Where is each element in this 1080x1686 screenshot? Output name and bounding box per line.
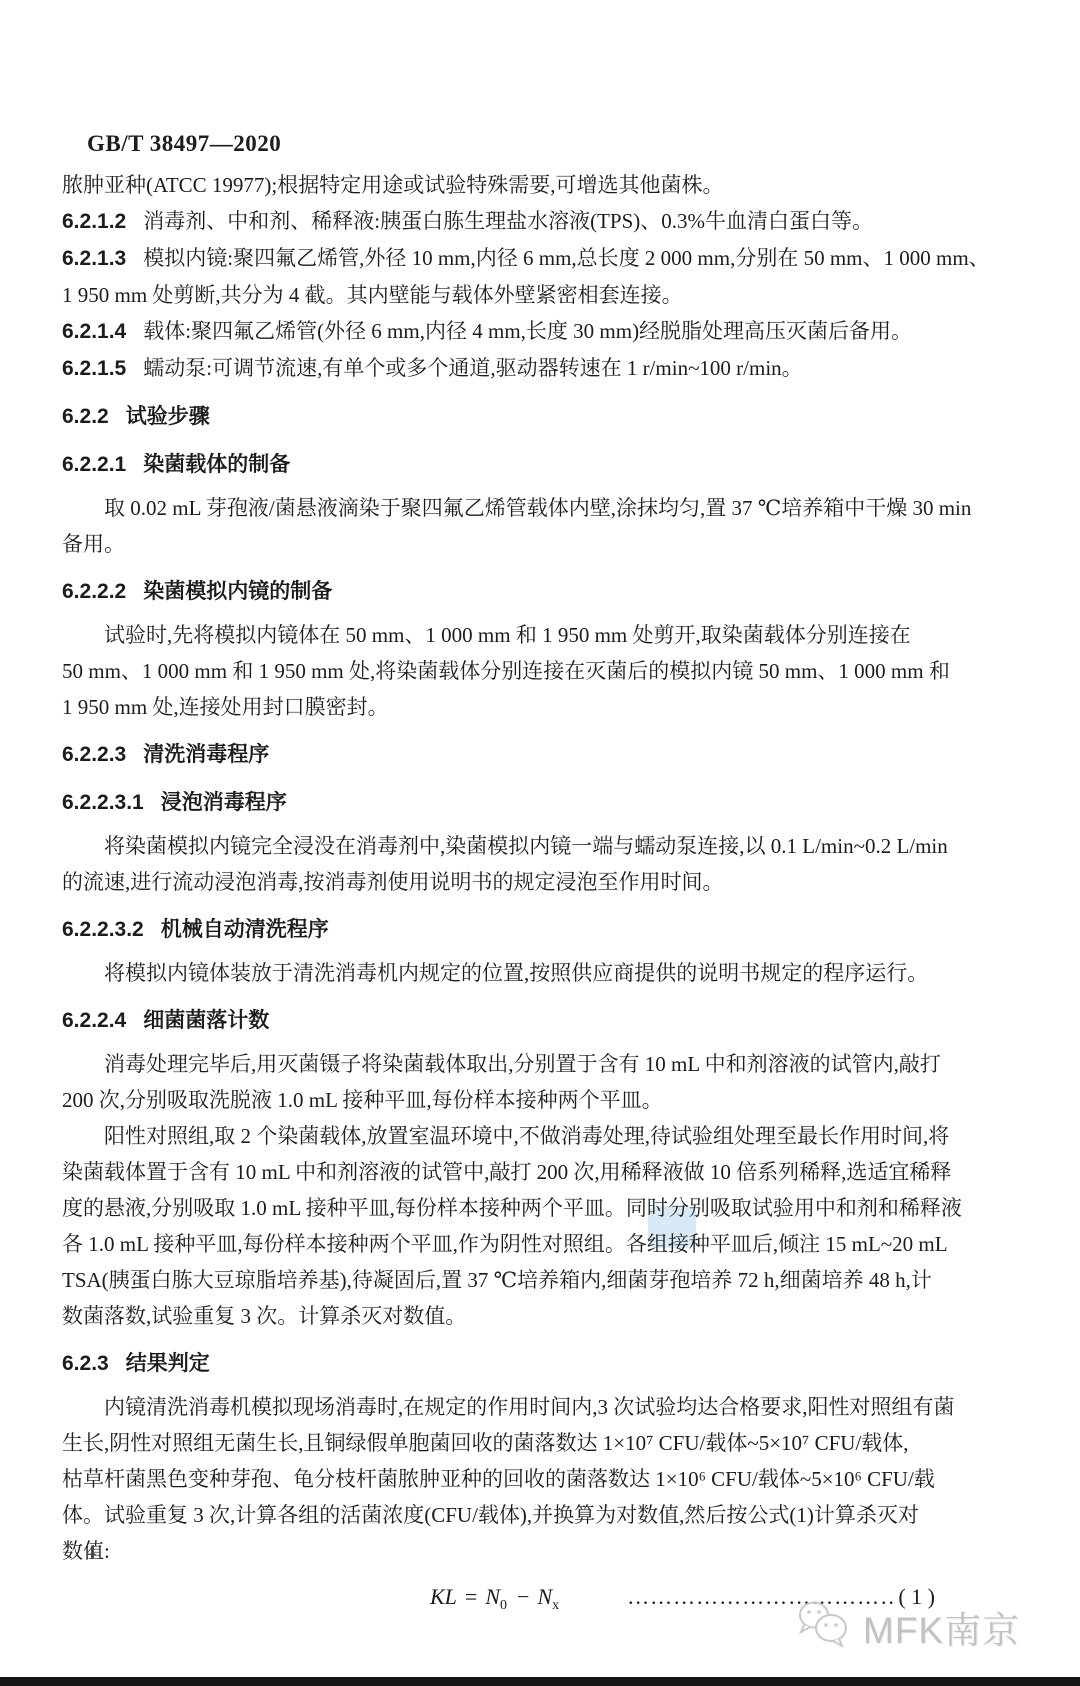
line-text: 机械自动清洗程序 <box>161 918 329 941</box>
section-heading: 6.2.2.3.1浸泡消毒程序 <box>62 785 1020 821</box>
text-line: 6.2.1.3模拟内镜:聚四氟乙烯管,外径 10 mm,内径 6 mm,总长度 … <box>62 240 1020 277</box>
line-text: 备用。 <box>62 532 125 556</box>
line-text: 载体:聚四氟乙烯管(外径 6 mm,内径 4 mm,长度 30 mm)经脱脂处理… <box>143 319 912 343</box>
section-heading: 6.2.2.3.2机械自动清洗程序 <box>62 912 1020 948</box>
clause-number: 6.2.3 <box>62 1352 109 1375</box>
line-text: 结果判定 <box>126 1352 210 1375</box>
text-line: 内镜清洗消毒机模拟现场消毒时,在规定的作用时间内,3 次试验均达合格要求,阳性对… <box>62 1389 1020 1425</box>
section-heading: 6.2.2.1染菌载体的制备 <box>62 447 1020 483</box>
watermark-label: MFK南京 <box>863 1600 1020 1654</box>
clause-number: 6.2.2.4 <box>62 1009 126 1032</box>
clause-number: 6.2.2.2 <box>62 580 126 603</box>
text-line: 数值: <box>62 1533 1020 1569</box>
text-line: 染菌载体置于含有 10 mL 中和剂溶液的试管中,敲打 200 次,用稀释液做 … <box>62 1154 1020 1190</box>
line-text: 细菌菌落计数 <box>143 1009 269 1032</box>
line-text: 1 950 mm 处,连接处用封口膜密封。 <box>62 695 389 719</box>
clause-number: 6.2.1.5 <box>62 357 126 380</box>
clause-number: 6.2.1.3 <box>62 247 126 270</box>
line-text: 枯草杆菌黑色变种芽孢、龟分枝杆菌脓肿亚种的回收的菌落数达 1×10⁶ CFU/载… <box>62 1467 935 1491</box>
line-text: 度的悬液,分别吸取 1.0 mL 接种平皿,每份样本接种两个平皿。同时分别吸取试… <box>62 1196 962 1220</box>
text-line: 1 950 mm 处剪断,共分为 4 截。其内壁能与载体外壁紧密相套连接。 <box>62 277 1020 313</box>
clause-number: 6.2.2 <box>62 405 109 428</box>
text-line: 阳性对照组,取 2 个染菌载体,放置室温环境中,不做消毒处理,待试验组处理至最长… <box>62 1118 1020 1154</box>
line-text: 数菌落数,试验重复 3 次。计算杀灭对数值。 <box>62 1304 466 1328</box>
clause-number: 6.2.2.3.2 <box>62 918 144 941</box>
text-line: 生长,阴性对照组无菌生长,且铜绿假单胞菌回收的菌落数达 1×10⁷ CFU/载体… <box>62 1425 1020 1461</box>
watermark: MFK南京 <box>795 1598 1020 1655</box>
line-text: 生长,阴性对照组无菌生长,且铜绿假单胞菌回收的菌落数达 1×10⁷ CFU/载体… <box>62 1431 909 1455</box>
line-text: 试验时,先将模拟内镜体在 50 mm、1 000 mm 和 1 950 mm 处… <box>104 623 911 647</box>
clause-number: 6.2.2.1 <box>62 453 126 476</box>
line-text: 染菌模拟内镜的制备 <box>143 580 332 603</box>
text-line: 各 1.0 mL 接种平皿,每份样本接种两个平皿,作为阴性对照组。各组接种平皿后… <box>62 1226 1020 1262</box>
line-text: 的流速,进行流动浸泡消毒,按消毒剂使用说明书的规定浸泡至作用时间。 <box>62 870 724 894</box>
text-line: 体。试验重复 3 次,计算各组的活菌浓度(CFU/载体),并换算为对数值,然后按… <box>62 1497 1020 1533</box>
text-line: 6.2.1.2消毒剂、中和剂、稀释液:胰蛋白胨生理盐水溶液(TPS)、0.3%牛… <box>62 203 1020 240</box>
text-line: 备用。 <box>62 526 1020 562</box>
text-line: 取 0.02 mL 芽孢液/菌悬液滴染于聚四氟乙烯管载体内壁,涂抹均匀,置 37… <box>62 490 1020 526</box>
wechat-icon <box>795 1598 853 1655</box>
section-heading: 6.2.2试验步骤 <box>62 399 1020 435</box>
clause-number: 6.2.2.3 <box>62 743 126 766</box>
line-text: 试验步骤 <box>126 405 210 428</box>
line-text: 消毒处理完毕后,用灭菌镊子将染菌载体取出,分别置于含有 10 mL 中和剂溶液的… <box>104 1052 941 1076</box>
line-text: 脓肿亚种(ATCC 19977);根据特定用途或试验特殊需要,可增选其他菌株。 <box>62 173 724 197</box>
section-heading: 6.2.3结果判定 <box>62 1346 1020 1382</box>
document-lines: 脓肿亚种(ATCC 19977);根据特定用途或试验特殊需要,可增选其他菌株。6… <box>62 167 1020 1624</box>
line-text: 清洗消毒程序 <box>143 743 269 766</box>
text-line: 50 mm、1 000 mm 和 1 950 mm 处,将染菌载体分别连接在灭菌… <box>62 653 1020 689</box>
text-line: 将染菌模拟内镜完全浸没在消毒剂中,染菌模拟内镜一端与蠕动泵连接,以 0.1 L/… <box>62 828 1020 864</box>
text-line: 200 次,分别吸取洗脱液 1.0 mL 接种平皿,每份样本接种两个平皿。 <box>62 1082 1020 1118</box>
text-line: 试验时,先将模拟内镜体在 50 mm、1 000 mm 和 1 950 mm 处… <box>62 617 1020 653</box>
clause-number: 6.2.1.2 <box>62 210 126 233</box>
text-line: 枯草杆菌黑色变种芽孢、龟分枝杆菌脓肿亚种的回收的菌落数达 1×10⁶ CFU/载… <box>62 1461 1020 1497</box>
section-heading: 6.2.2.4细菌菌落计数 <box>62 1003 1020 1039</box>
clause-number: 6.2.2.3.1 <box>62 791 144 814</box>
text-line: 6.2.1.4载体:聚四氟乙烯管(外径 6 mm,内径 4 mm,长度 30 m… <box>62 313 1020 350</box>
text-line: 的流速,进行流动浸泡消毒,按消毒剂使用说明书的规定浸泡至作用时间。 <box>62 864 1020 900</box>
line-text: 200 次,分别吸取洗脱液 1.0 mL 接种平皿,每份样本接种两个平皿。 <box>62 1088 663 1112</box>
line-text: 取 0.02 mL 芽孢液/菌悬液滴染于聚四氟乙烯管载体内壁,涂抹均匀,置 37… <box>104 496 971 520</box>
line-text: 浸泡消毒程序 <box>161 791 287 814</box>
line-text: 将染菌模拟内镜完全浸没在消毒剂中,染菌模拟内镜一端与蠕动泵连接,以 0.1 L/… <box>104 834 948 858</box>
text-line: TSA(胰蛋白胨大豆琼脂培养基),待凝固后,置 37 ℃培养箱内,细菌芽孢培养 … <box>62 1262 1020 1298</box>
formula-kl: KL=N0−Nx <box>430 1579 561 1624</box>
section-heading: 6.2.2.2染菌模拟内镜的制备 <box>62 574 1020 610</box>
line-text: 消毒剂、中和剂、稀释液:胰蛋白胨生理盐水溶液(TPS)、0.3%牛血清白蛋白等。 <box>143 209 873 233</box>
text-line: 脓肿亚种(ATCC 19977);根据特定用途或试验特殊需要,可增选其他菌株。 <box>62 167 1020 203</box>
line-text: 各 1.0 mL 接种平皿,每份样本接种两个平皿,作为阴性对照组。各组接种平皿后… <box>62 1232 948 1256</box>
text-line: 消毒处理完毕后,用灭菌镊子将染菌载体取出,分别置于含有 10 mL 中和剂溶液的… <box>62 1046 1020 1082</box>
line-text: 50 mm、1 000 mm 和 1 950 mm 处,将染菌载体分别连接在灭菌… <box>62 659 950 683</box>
text-line: 将模拟内镜体装放于清洗消毒机内规定的位置,按照供应商提供的说明书规定的程序运行。 <box>62 955 1020 991</box>
line-text: 将模拟内镜体装放于清洗消毒机内规定的位置,按照供应商提供的说明书规定的程序运行。 <box>104 961 928 985</box>
text-line: 1 950 mm 处,连接处用封口膜密封。 <box>62 689 1020 725</box>
line-text: 染菌载体置于含有 10 mL 中和剂溶液的试管中,敲打 200 次,用稀释液做 … <box>62 1160 951 1184</box>
line-text: 阳性对照组,取 2 个染菌载体,放置室温环境中,不做消毒处理,待试验组处理至最长… <box>104 1124 949 1148</box>
line-text: 模拟内镜:聚四氟乙烯管,外径 10 mm,内径 6 mm,总长度 2 000 m… <box>143 246 989 270</box>
page-bottom-bar <box>0 1677 1080 1686</box>
line-text: 体。试验重复 3 次,计算各组的活菌浓度(CFU/载体),并换算为对数值,然后按… <box>62 1503 919 1527</box>
page-number: 4 <box>86 1541 96 1564</box>
line-text: 内镜清洗消毒机模拟现场消毒时,在规定的作用时间内,3 次试验均达合格要求,阳性对… <box>104 1395 955 1419</box>
standard-number: GB/T 38497—2020 <box>87 131 281 157</box>
document-page: GB/T 38497—2020 脓肿亚种(ATCC 19977);根据特定用途或… <box>0 0 1080 1686</box>
text-line: 度的悬液,分别吸取 1.0 mL 接种平皿,每份样本接种两个平皿。同时分别吸取试… <box>62 1190 1020 1226</box>
text-line: 数菌落数,试验重复 3 次。计算杀灭对数值。 <box>62 1298 1020 1334</box>
line-text: 蠕动泵:可调节流速,有单个或多个通道,驱动器转速在 1 r/min~100 r/… <box>143 356 802 380</box>
line-text: 1 950 mm 处剪断,共分为 4 截。其内壁能与载体外壁紧密相套连接。 <box>62 283 683 307</box>
section-heading: 6.2.2.3清洗消毒程序 <box>62 737 1020 773</box>
text-line: 6.2.1.5蠕动泵:可调节流速,有单个或多个通道,驱动器转速在 1 r/min… <box>62 350 1020 387</box>
line-text: 染菌载体的制备 <box>143 453 290 476</box>
line-text: TSA(胰蛋白胨大豆琼脂培养基),待凝固后,置 37 ℃培养箱内,细菌芽孢培养 … <box>62 1268 932 1292</box>
clause-number: 6.2.1.4 <box>62 320 126 343</box>
